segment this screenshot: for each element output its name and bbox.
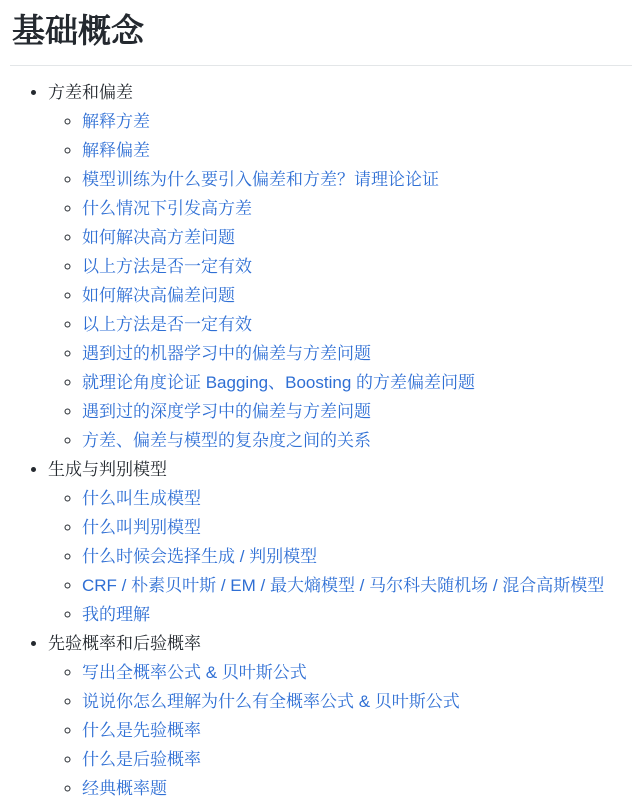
toc-link[interactable]: 就理论角度论证 Bagging、Boosting 的方差偏差问题 — [82, 373, 475, 392]
toc-link[interactable]: 模型训练为什么要引入偏差和方差？请理论论证 — [82, 170, 439, 189]
toc-item: 如何解决高偏差问题 — [82, 284, 632, 308]
toc-link[interactable]: 什么是先验概率 — [82, 721, 201, 740]
toc-item: 我的理解 — [82, 603, 632, 627]
section-links: 什么叫生成模型什么叫判别模型什么时候会选择生成 / 判别模型CRF / 朴素贝叶… — [48, 487, 632, 627]
toc-item: 什么时候会选择生成 / 判别模型 — [82, 545, 632, 569]
toc-item: 什么叫判别模型 — [82, 516, 632, 540]
toc-link[interactable]: 如何解决高偏差问题 — [82, 286, 235, 305]
toc-item: 什么情况下引发高方差 — [82, 197, 632, 221]
toc-link[interactable]: 遇到过的机器学习中的偏差与方差问题 — [82, 344, 371, 363]
toc-section: 生成与判别模型什么叫生成模型什么叫判别模型什么时候会选择生成 / 判别模型CRF… — [48, 458, 632, 627]
toc-item: 解释偏差 — [82, 139, 632, 163]
toc-item: 遇到过的机器学习中的偏差与方差问题 — [82, 342, 632, 366]
toc-link[interactable]: 什么情况下引发高方差 — [82, 199, 252, 218]
toc-link[interactable]: 以上方法是否一定有效 — [82, 315, 252, 334]
section-label: 生成与判别模型 — [48, 460, 167, 479]
toc-link[interactable]: 如何解决高方差问题 — [82, 228, 235, 247]
toc-section: 方差和偏差解释方差解释偏差模型训练为什么要引入偏差和方差？请理论论证什么情况下引… — [48, 81, 632, 453]
toc-item: 就理论角度论证 Bagging、Boosting 的方差偏差问题 — [82, 371, 632, 395]
toc-link[interactable]: 遇到过的深度学习中的偏差与方差问题 — [82, 402, 371, 421]
toc-link[interactable]: 什么时候会选择生成 / 判别模型 — [82, 547, 317, 566]
toc-link[interactable]: 什么叫判别模型 — [82, 518, 201, 537]
toc-item: CRF / 朴素贝叶斯 / EM / 最大熵模型 / 马尔科夫随机场 / 混合高… — [82, 574, 632, 598]
toc-link[interactable]: 解释偏差 — [82, 141, 150, 160]
toc-item: 解释方差 — [82, 110, 632, 134]
toc-item: 方差、偏差与模型的复杂度之间的关系 — [82, 429, 632, 453]
toc-item: 写出全概率公式 & 贝叶斯公式 — [82, 661, 632, 685]
toc-item: 以上方法是否一定有效 — [82, 313, 632, 337]
section-label: 方差和偏差 — [48, 83, 133, 102]
page-title: 基础概念 — [10, 10, 632, 66]
toc-item: 什么是后验概率 — [82, 748, 632, 772]
toc-link[interactable]: 写出全概率公式 & 贝叶斯公式 — [82, 663, 307, 682]
toc-link[interactable]: 解释方差 — [82, 112, 150, 131]
toc-item: 什么叫生成模型 — [82, 487, 632, 511]
section-label: 先验概率和后验概率 — [48, 634, 201, 653]
toc-link[interactable]: 我的理解 — [82, 605, 150, 624]
toc-link[interactable]: 经典概率题 — [82, 779, 167, 798]
toc-item: 模型训练为什么要引入偏差和方差？请理论论证 — [82, 168, 632, 192]
toc-item: 如何解决高方差问题 — [82, 226, 632, 250]
toc-link[interactable]: 什么是后验概率 — [82, 750, 201, 769]
toc-link[interactable]: 以上方法是否一定有效 — [82, 257, 252, 276]
toc-item: 经典概率题 — [82, 777, 632, 800]
toc-item: 以上方法是否一定有效 — [82, 255, 632, 279]
toc-item: 遇到过的深度学习中的偏差与方差问题 — [82, 400, 632, 424]
toc-section: 先验概率和后验概率写出全概率公式 & 贝叶斯公式说说你怎么理解为什么有全概率公式… — [48, 632, 632, 800]
toc-item: 说说你怎么理解为什么有全概率公式 & 贝叶斯公式 — [82, 690, 632, 714]
toc-link[interactable]: CRF / 朴素贝叶斯 / EM / 最大熵模型 / 马尔科夫随机场 / 混合高… — [82, 576, 604, 595]
toc-item: 什么是先验概率 — [82, 719, 632, 743]
toc-list: 方差和偏差解释方差解释偏差模型训练为什么要引入偏差和方差？请理论论证什么情况下引… — [10, 81, 632, 800]
toc-link[interactable]: 什么叫生成模型 — [82, 489, 201, 508]
section-links: 解释方差解释偏差模型训练为什么要引入偏差和方差？请理论论证什么情况下引发高方差如… — [48, 110, 632, 453]
toc-link[interactable]: 方差、偏差与模型的复杂度之间的关系 — [82, 431, 371, 450]
section-links: 写出全概率公式 & 贝叶斯公式说说你怎么理解为什么有全概率公式 & 贝叶斯公式什… — [48, 661, 632, 800]
toc-link[interactable]: 说说你怎么理解为什么有全概率公式 & 贝叶斯公式 — [82, 692, 460, 711]
document-page: 基础概念 方差和偏差解释方差解释偏差模型训练为什么要引入偏差和方差？请理论论证什… — [0, 0, 632, 800]
